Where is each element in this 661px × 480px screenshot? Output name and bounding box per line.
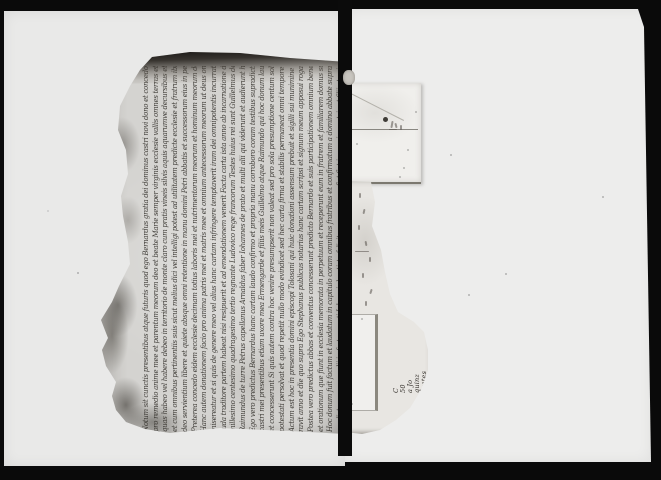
manuscript-line: Ego vero predictus Bernardus hanc cartam… [249, 66, 259, 432]
manuscript-line: deo servientium libere et quiete absque … [181, 66, 191, 432]
crease-line [345, 129, 418, 130]
text-trace [359, 193, 361, 198]
sketch-mark [389, 129, 397, 130]
dorsal-annotation: C50a Joquinzgratesabrega [393, 327, 435, 393]
dorsal-annotation-line: C [393, 327, 400, 393]
manuscript-line: Raimundus de turre Petrus capellanus Arn… [239, 66, 249, 432]
manuscript-line: Preterea concedo eidem ecclesie decimam … [191, 66, 201, 432]
ink-blot [383, 117, 388, 122]
manuscript-line: pro remedio anime mee et parentum meorum… [152, 66, 162, 432]
text-trace [363, 209, 366, 214]
dust-speck [415, 111, 417, 113]
dust-speck [399, 176, 401, 178]
manuscript-line: Hoc donum fuit factum et laudatum in cap… [326, 66, 336, 432]
manuscript-line: et concesserunt Si quis autem contra hoc… [268, 66, 278, 432]
dust-speck [356, 143, 358, 145]
sketch-mark [400, 125, 402, 130]
text-trace [369, 257, 371, 262]
dust-speck [403, 167, 405, 169]
dust-speck [407, 149, 409, 151]
text-trace [355, 251, 369, 252]
text-trace [369, 289, 372, 294]
dust-speck [602, 196, 604, 198]
manuscript-line: et cum omnibus pertinentiis suis sicut m… [171, 66, 181, 432]
dust-speck [47, 210, 49, 212]
dust-speck [450, 154, 452, 156]
parchment-top-stain [98, 47, 345, 84]
manuscript-text: Notum sit cunctis presentibus atque futu… [142, 66, 345, 432]
sketch-mark [394, 123, 397, 128]
film-page-left: Notum sit cunctis presentibus atque futu… [4, 11, 345, 466]
manuscript-line: et orationum que fiunt in ecclesia memor… [317, 66, 327, 432]
parchment-edge: C50a Joquinzgratesabrega [345, 181, 435, 435]
manuscript-line: Hanc autem donationem facio pro anima pa… [200, 66, 210, 432]
fold-line [347, 91, 404, 121]
text-trace [365, 301, 367, 306]
dorsal-annotation-line: grates [421, 327, 428, 393]
film-page-right: C50a Joquinzgratesabrega [345, 9, 651, 462]
manuscript-text-rotated: Notum sit cunctis presentibus atque futu… [142, 66, 345, 432]
text-trace [358, 225, 360, 230]
dorsal-annotation-rotated: C50a Joquinzgratesabrega [393, 327, 435, 393]
dust-speck [77, 272, 79, 274]
sketch-mark [390, 121, 393, 128]
text-trace [362, 273, 364, 278]
dorsal-annotation-line: abrega [428, 327, 435, 393]
manuscript-line: castri mei presentibus etiam uxore mea E… [258, 66, 268, 432]
manuscript-line: Postea vero predictus abbas et conventus… [307, 66, 317, 432]
film-divider-bar [338, 0, 352, 456]
dust-speck [505, 273, 507, 275]
manuscript-line: Notum sit cunctis presentibus atque futu… [142, 66, 152, 432]
manuscript-line: Actum est hoc in presentia domini episco… [288, 66, 298, 432]
dust-speck [361, 318, 363, 320]
dust-speck [468, 294, 470, 296]
parchment-document: Notum sit cunctis presentibus atque futu… [98, 50, 345, 438]
manuscript-line: ravit anno et die quo supra Ego Stephanu… [297, 66, 307, 432]
paper-fragment [345, 83, 421, 184]
manuscript-line: millesimo centesimo quadragesimo tertio … [229, 66, 239, 432]
film-frame: Notum sit cunctis presentibus atque futu… [0, 0, 661, 480]
parchment-tab [343, 70, 355, 85]
manuscript-line: potestati persolvat et quod repetit null… [278, 66, 288, 432]
manuscript-line: misereatur et si quis de genere meo vel … [210, 66, 220, 432]
manuscript-line: Iuda traditore partem habeat nisi resipu… [220, 66, 230, 432]
manuscript-line: quas habeo vel habere debeo in territori… [161, 66, 171, 432]
text-trace [365, 241, 368, 246]
